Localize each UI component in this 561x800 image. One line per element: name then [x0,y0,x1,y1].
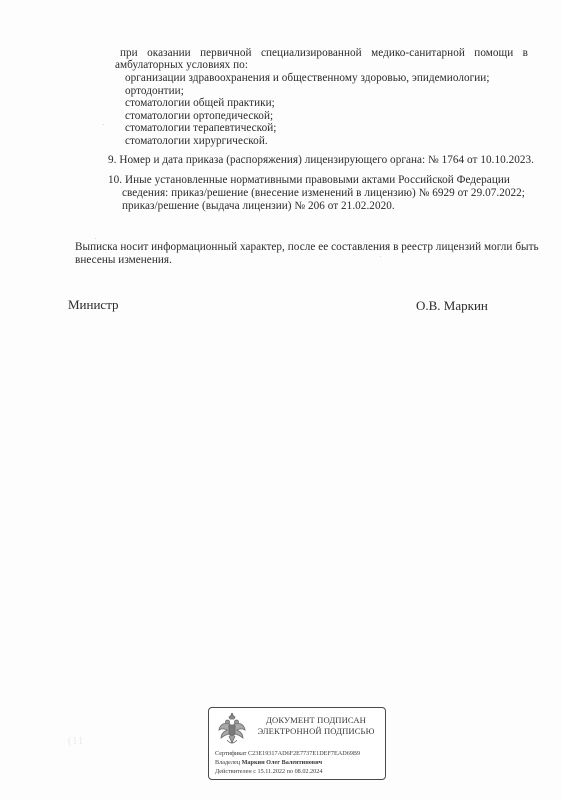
intro-line-2: амбулаторных условиях по: [115,59,248,71]
service-item: организации здравоохранения и общественн… [125,72,489,84]
validity-value: с 15.11.2022 по 08.02.2024 [253,768,322,775]
service-item: ортодонтии; [125,85,184,97]
stamp-validity: Действителен с 15.11.2022 по 08.02.2024 [215,768,322,776]
scan-speck [95,238,96,239]
disclaimer-line-2: внесены изменения. [75,254,172,266]
stamp-title-line-2: ЭЛЕКТРОННОЙ ПОДПИСЬЮ [251,726,381,737]
stamp-owner: Владелец Маркин Олег Валентинович [215,759,322,767]
electronic-signature-stamp: ДОКУМЕНТ ПОДПИСАН ЭЛЕКТРОННОЙ ПОДПИСЬЮ С… [208,707,386,780]
bleed-through-mark: (11 [68,736,84,747]
disclaimer-line-1: Выписка носит информационный характер, п… [75,241,539,253]
scan-speck [380,256,381,257]
order-number-item: 9. Номер и дата приказа (распоряжения) л… [108,154,534,166]
other-info-line-1: 10. Иные установленные нормативными прав… [108,174,510,186]
service-item: стоматологии общей практики; [125,97,275,109]
other-info-line-2: сведения: приказ/решение (внесение измен… [122,187,525,199]
validity-label: Действителен [215,768,252,775]
signatory-name: О.В. Маркин [416,298,488,313]
certificate-value: C23E19317AD6F2E7737E1DEF7EAD69B9 [248,750,360,757]
service-item: стоматологии терапевтической; [125,122,276,134]
stamp-title: ДОКУМЕНТ ПОДПИСАН ЭЛЕКТРОННОЙ ПОДПИСЬЮ [251,715,381,736]
certificate-label: Сертификат [215,750,247,757]
double-headed-eagle-emblem-icon [217,713,247,747]
service-item: стоматологии хирургической. [125,135,268,147]
owner-value: Маркин Олег Валентинович [242,759,323,766]
stamp-certificate: Сертификат C23E19317AD6F2E7737E1DEF7EAD6… [215,750,360,758]
other-info-line-3: приказ/решение (выдача лицензии) № 206 о… [122,200,395,212]
stamp-title-line-1: ДОКУМЕНТ ПОДПИСАН [251,715,381,726]
scan-speck [103,124,104,125]
signatory-position: Министр [68,297,119,312]
service-item: стоматологии ортопедической; [125,110,273,122]
intro-line-1: при оказании первичной специализированно… [120,47,528,59]
document-page: при оказании первичной специализированно… [0,0,561,800]
owner-label: Владелец [215,759,240,766]
